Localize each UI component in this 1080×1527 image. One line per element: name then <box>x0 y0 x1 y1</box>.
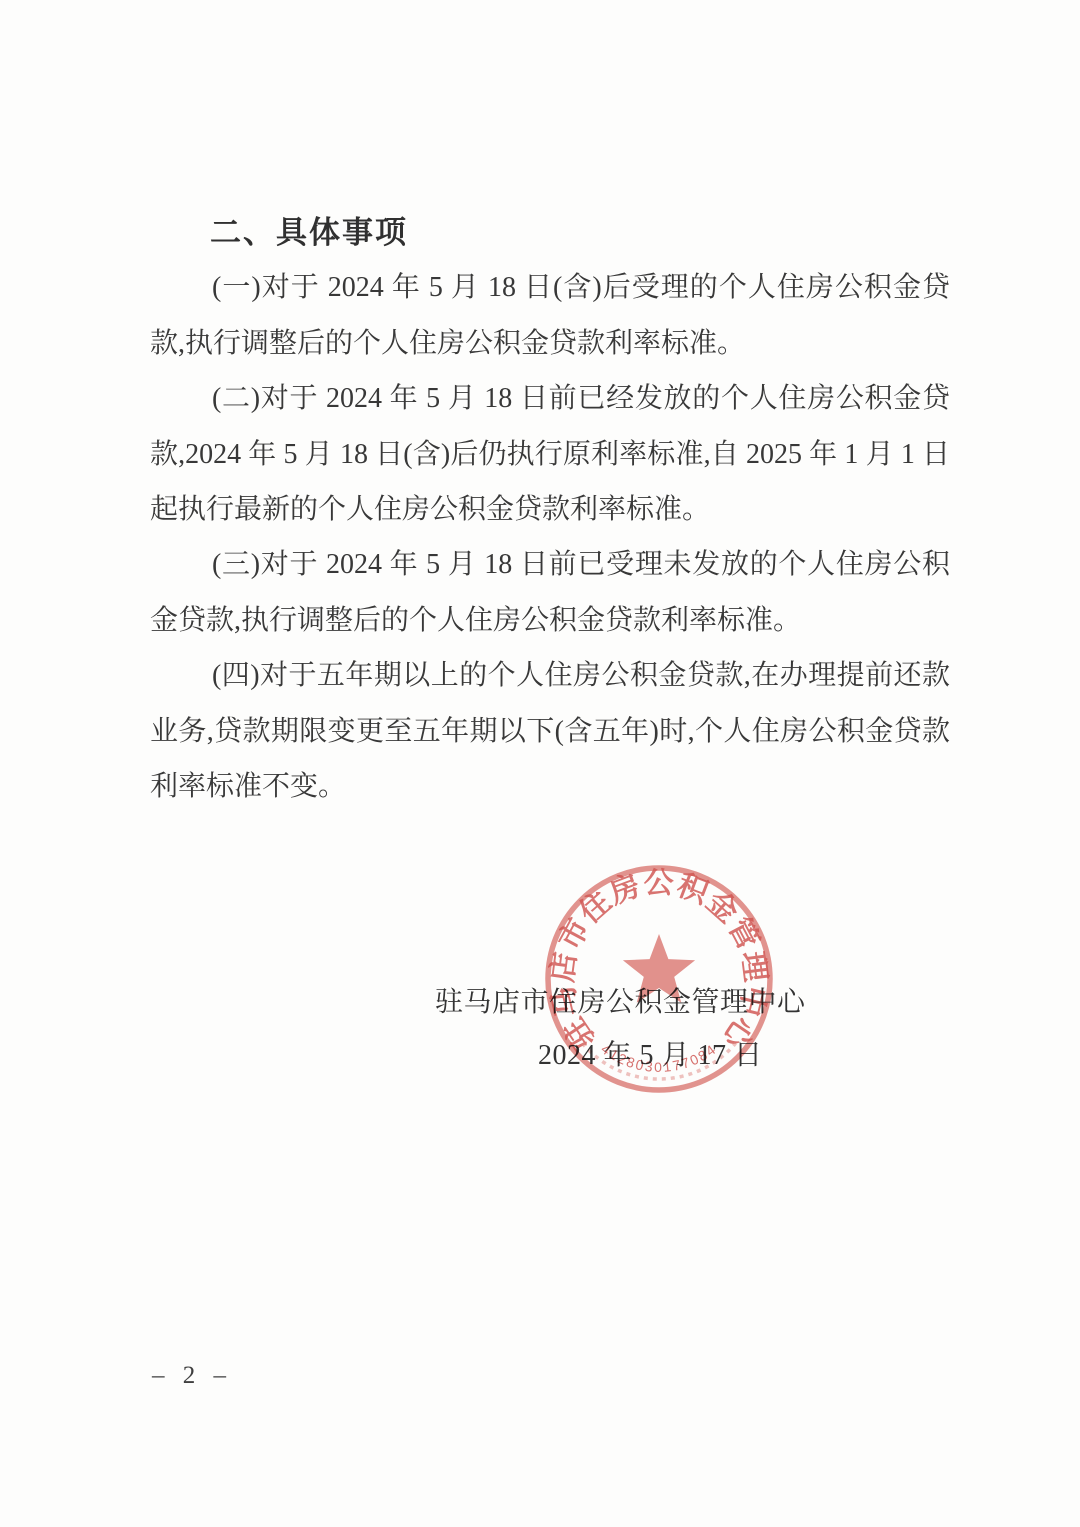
paragraph-item-4: (四)对于五年期以上的个人住房公积金贷款,在办理提前还款业务,贷款期限变更至五年… <box>150 648 950 814</box>
issue-date: 2024 年 5 月 17 日 <box>538 1033 763 1073</box>
document-page: 二、具体事项 (一)对于 2024 年 5 月 18 日(含)后受理的个人住房公… <box>0 0 1080 1527</box>
paragraph-item-1: (一)对于 2024 年 5 月 18 日(含)后受理的个人住房公积金贷款,执行… <box>150 260 950 371</box>
issuing-organization: 驻马店市住房公积金管理中心 <box>435 980 806 1020</box>
document-body: 二、具体事项 (一)对于 2024 年 5 月 18 日(含)后受理的个人住房公… <box>150 205 950 814</box>
svg-text:驻马店市住房公积金管理中心: 驻马店市住房公积金管理中心 <box>546 867 772 1055</box>
paragraph-item-2: (二)对于 2024 年 5 月 18 日前已经发放的个人住房公积金贷款,202… <box>150 371 950 537</box>
paragraph-item-3: (三)对于 2024 年 5 月 18 日前已受理未发放的个人住房公积金贷款,执… <box>150 537 950 648</box>
page-number: – 2 – <box>152 1362 232 1390</box>
seal-ring-text: 驻马店市住房公积金管理中心 <box>546 867 772 1055</box>
section-heading: 二、具体事项 <box>150 205 950 260</box>
